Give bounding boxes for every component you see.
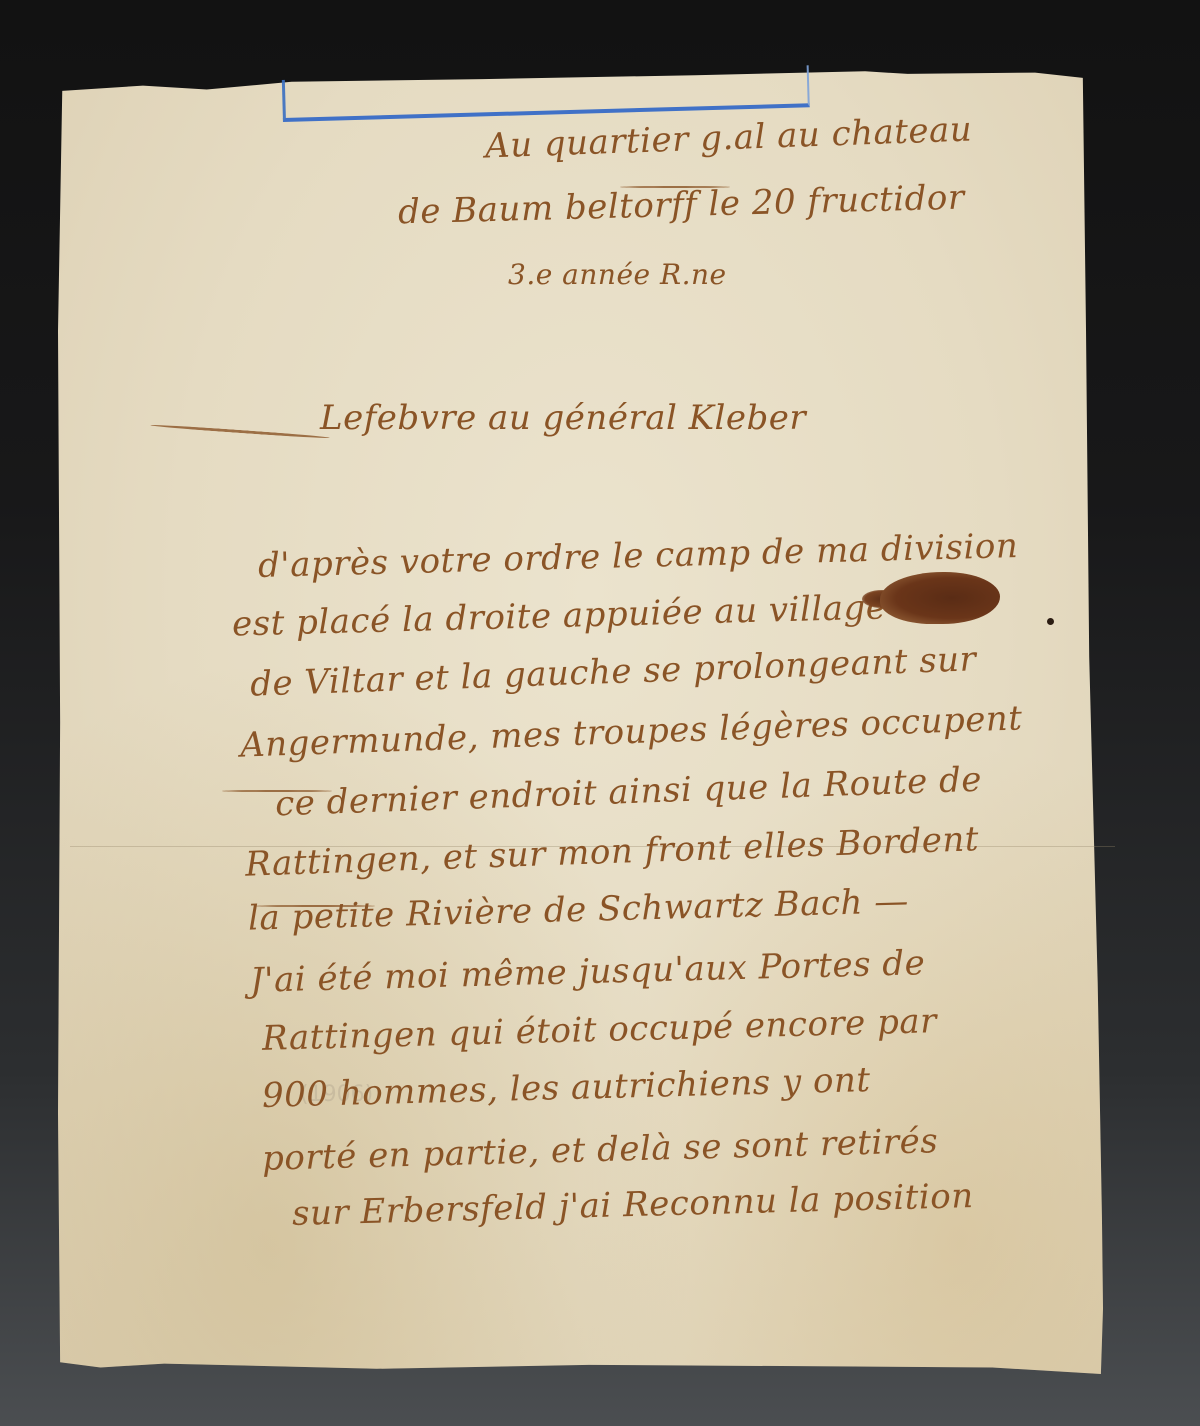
- salutation: Lefebvre au général Kleber: [320, 398, 806, 438]
- ink-blot: [880, 572, 1000, 624]
- ink-dot: [1047, 618, 1054, 625]
- heading-line-3: 3.e année R.ne: [508, 258, 727, 291]
